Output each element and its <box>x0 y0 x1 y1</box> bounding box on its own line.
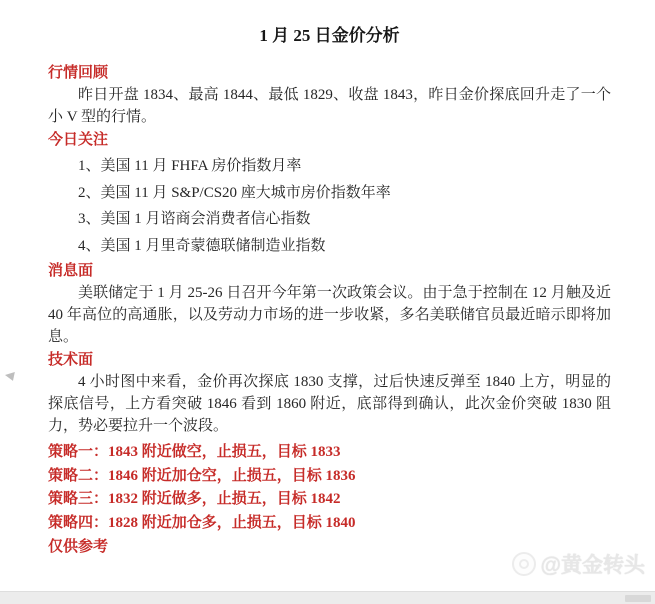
focus-item-4: 4、美国 1 月里奇蒙德联储制造业指数 <box>48 233 611 260</box>
section-today-focus: 今日关注 1、美国 11 月 FHFA 房价指数月率 2、美国 11 月 S&P… <box>48 129 611 259</box>
strategy-line-4: 策略四：1828 附近加仓多，止损五，目标 1840 <box>48 512 611 536</box>
focus-item-1: 1、美国 11 月 FHFA 房价指数月率 <box>48 153 611 180</box>
section-strategies: 策略一：1843 附近做空，止损五，目标 1833 策略二：1846 附近加仓空… <box>48 441 611 560</box>
news-paragraph: 美联储定于 1 月 25-26 日召开今年第一次政策会议。由于急于控制在 12 … <box>48 282 611 348</box>
watermark-handle: @黄金转头 <box>541 549 645 579</box>
document-page: 1 月 25 日金价分析 行情回顾 昨日开盘 1834、最高 1844、最低 1… <box>0 0 655 604</box>
market-review-heading: 行情回顾 <box>48 62 611 84</box>
section-technical: 技术面 4 小时图中来看，金价再次探底 1830 支撑，过后快速反弹至 1840… <box>48 349 611 437</box>
cursor-arrow-icon <box>4 370 15 381</box>
technical-heading: 技术面 <box>48 349 611 371</box>
strategy-line-2: 策略二：1846 附近加仓空，止损五，目标 1836 <box>48 465 611 489</box>
section-news: 消息面 美联储定于 1 月 25-26 日召开今年第一次政策会议。由于急于控制在… <box>48 260 611 348</box>
news-heading: 消息面 <box>48 260 611 282</box>
today-focus-heading: 今日关注 <box>48 129 611 151</box>
page-title: 1 月 25 日金价分析 <box>48 24 611 48</box>
technical-paragraph: 4 小时图中来看，金价再次探底 1830 支撑，过后快速反弹至 1840 上方，… <box>48 371 611 437</box>
focus-item-3: 3、美国 1 月谘商会消费者信心指数 <box>48 206 611 233</box>
bottom-strip <box>0 591 655 604</box>
today-focus-list: 1、美国 11 月 FHFA 房价指数月率 2、美国 11 月 S&P/CS20… <box>48 153 611 259</box>
corner-smudge <box>625 595 651 602</box>
camera-logo-icon <box>512 552 536 576</box>
focus-item-2: 2、美国 11 月 S&P/CS20 座大城市房价指数年率 <box>48 180 611 207</box>
strategy-line-1: 策略一：1843 附近做空，止损五，目标 1833 <box>48 441 611 465</box>
section-market-review: 行情回顾 昨日开盘 1834、最高 1844、最低 1829、收盘 1843，昨… <box>48 62 611 128</box>
strategy-line-3: 策略三：1832 附近做多，止损五，目标 1842 <box>48 488 611 512</box>
watermark: @黄金转头 <box>512 549 645 579</box>
market-review-paragraph: 昨日开盘 1834、最高 1844、最低 1829、收盘 1843，昨日金价探底… <box>48 84 611 128</box>
